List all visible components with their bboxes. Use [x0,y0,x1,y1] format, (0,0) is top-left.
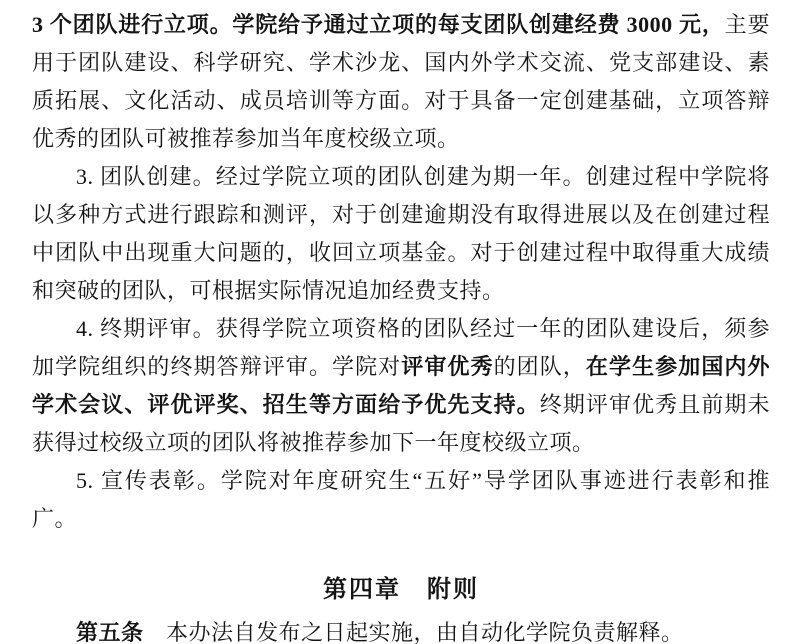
text-run: 3. 团队创建。经过学院立项的团队创建为期一年。创建过程中学院将以多种方式进行跟… [32,164,770,303]
paragraph: 第五条 本办法自发布之日起实施，由自动化学院负责解释。 [32,614,770,644]
bold-text-run: 第五条 [76,620,144,644]
paragraph: 5. 宣传表彰。学院对年度研究生“五好”导学团队事迹进行表彰和推广。 [32,462,770,538]
text-run: 本办法自发布之日起实施，由自动化学院负责解释。 [144,620,684,644]
bold-text-run: 评审优秀 [401,354,493,379]
document-page: 3 个团队进行立项。学院给予通过立项的每支团队创建经费 3000 元，主要用于团… [0,0,798,644]
bold-text-run: 3 个团队进行立项。学院给予通过立项的每支团队创建经费 3000 元， [32,12,725,37]
paragraph: 4. 终期评审。获得学院立项资格的团队经过一年的团队建设后，须参加学院组织的终期… [32,310,770,462]
document-closing: 第五条 本办法自发布之日起实施，由自动化学院负责解释。 [32,614,770,644]
text-run: 5. 宣传表彰。学院对年度研究生“五好”导学团队事迹进行表彰和推广。 [32,468,770,531]
paragraph: 3. 团队创建。经过学院立项的团队创建为期一年。创建过程中学院将以多种方式进行跟… [32,158,770,310]
text-run: 的团队， [494,354,586,379]
document-body: 3 个团队进行立项。学院给予通过立项的每支团队创建经费 3000 元，主要用于团… [32,6,770,538]
paragraph: 3 个团队进行立项。学院给予通过立项的每支团队创建经费 3000 元，主要用于团… [32,6,770,158]
chapter-heading: 第四章 附则 [32,570,770,610]
